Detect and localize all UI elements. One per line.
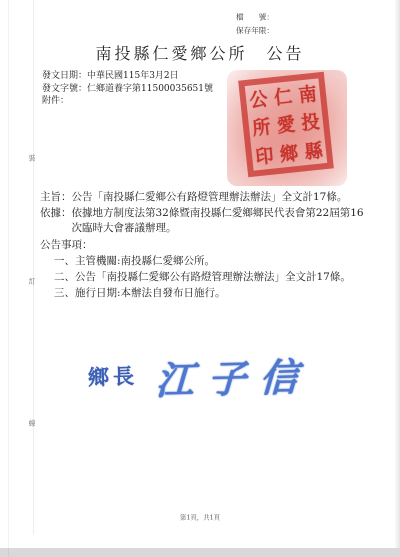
document-meta: 發文日期：中華民國115年3月2日 發文字號：仁鄉道養字第11500035651…: [42, 70, 213, 108]
seal-char: 縣: [303, 136, 324, 165]
basis-line: 依據： 依據地方制度法第32條暨南投縣仁愛鄉鄉民代表會第22屆第16次臨時大會審…: [40, 206, 372, 237]
signature-block: 鄉長 江子信: [0, 348, 400, 403]
attachment-line: 附件：: [42, 95, 213, 108]
retention-period-label: 保存年限：: [236, 24, 274, 37]
announcement-item-1: 一、主管機關:南投縣仁愛鄉公所。: [40, 254, 372, 270]
seal-char: 鄉: [279, 138, 300, 167]
file-number-label: 檔 號：: [236, 11, 274, 24]
issue-date-value: 中華民國115年3月2日: [87, 71, 179, 81]
paper-left-edge: [8, 0, 9, 557]
doc-number-label: 發文字號：: [42, 84, 87, 94]
official-seal-square: 公 所 印 仁 愛 鄉 南 投 縣: [238, 72, 334, 177]
announcement-item-3: 三、施行日期:本辦法自發布日施行。: [40, 286, 372, 302]
binding-mark-ding: 訂: [27, 277, 37, 286]
seal-char: 投: [300, 107, 321, 136]
page-footer: 第1頁，共1頁: [40, 513, 360, 522]
scan-edge-right: [395, 0, 400, 557]
seal-char: 南: [297, 79, 318, 108]
subject-label: 主旨：: [40, 190, 72, 206]
doc-number-line: 發文字號：仁鄉道養字第11500035651號: [42, 83, 213, 96]
announcement-body: 主旨： 公告「南投縣仁愛鄉公有路燈管理辦法辦法」全文計17條。 依據： 依據地方…: [40, 190, 372, 301]
seal-char: 公: [248, 84, 269, 113]
document-title: 南投縣仁愛鄉公所 公告: [0, 41, 400, 64]
seal-char: 愛: [276, 110, 297, 139]
seal-char: 印: [254, 141, 275, 170]
issue-date-label: 發文日期：: [42, 71, 87, 81]
attachment-label: 附件：: [42, 96, 69, 106]
announcement-item-2: 二、公告「南投縣仁愛鄉公有路燈管理辦法辦法」全文計17條。: [40, 270, 372, 286]
announcement-items-header: 公告事項：: [40, 238, 372, 254]
scan-edge-bottom: [0, 548, 400, 557]
binding-mark-xian: 線: [27, 419, 37, 428]
binding-mark-zhuang: 裝: [27, 154, 37, 163]
scanned-announcement-page: { "header": { "file_number_label": "檔 號：…: [0, 0, 400, 557]
mayor-title-stamp: 鄉長: [88, 360, 139, 392]
issue-date-line: 發文日期：中華民國115年3月2日: [42, 70, 213, 83]
binding-line: [33, 0, 34, 535]
basis-text: 依據地方制度法第32條暨南投縣仁愛鄉鄉民代表會第22屆第16次臨時大會審議辦理。: [72, 206, 373, 237]
seal-char: 所: [251, 113, 272, 142]
mayor-signature-stamp: 江子信: [154, 346, 312, 405]
official-red-seal: 公 所 印 仁 愛 鄉 南 投 縣: [227, 70, 347, 186]
basis-label: 依據：: [40, 206, 72, 237]
file-number-block: 檔 號： 保存年限：: [236, 11, 274, 38]
subject-text: 公告「南投縣仁愛鄉公有路燈管理辦法辦法」全文計17條。: [72, 190, 373, 206]
subject-line: 主旨： 公告「南投縣仁愛鄉公有路燈管理辦法辦法」全文計17條。: [40, 190, 372, 206]
seal-char: 仁: [273, 82, 294, 111]
doc-number-value: 仁鄉道養字第11500035651號: [87, 84, 213, 94]
